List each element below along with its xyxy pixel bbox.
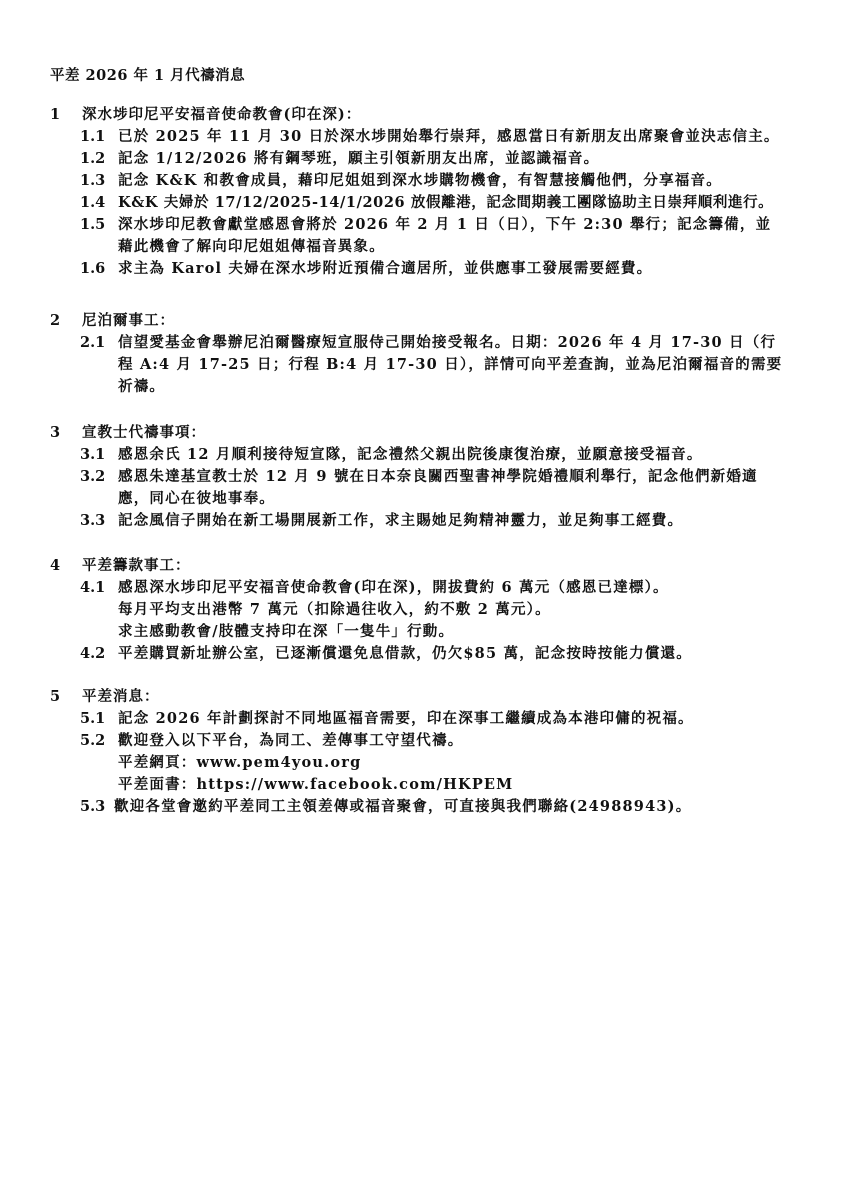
item-number: 1.3 [80,170,118,192]
item-number: 5.3 [80,796,114,818]
item-number: 5.1 [80,708,118,730]
item-text: 記念 K&K 和教會成員，藉印尼姐姐到深水埗購物機會，有智慧接觸他們，分享福音。 [118,170,810,192]
section-1: 1 深水埗印尼平安福音使命教會(印在深)： 1.1 已於 2025 年 11 月… [50,104,810,280]
list-item-4-1: 4.1 感恩深水埗印尼平安福音使命教會(印在深)，開拔費約 6 萬元（感恩已達標… [50,577,810,643]
list-item-1-5: 1.5 深水埗印尼教會獻堂感恩會將於 2026 年 2 月 1 日（日），下午 … [50,214,810,258]
list-item-1-1: 1.1 已於 2025 年 11 月 30 日於深水埗開始舉行崇拜，感恩當日有新… [50,126,810,148]
item-number: 1.2 [80,148,118,170]
item-text: 求主為 Karol 夫婦在深水埗附近預備合適居所，並供應事工發展需要經費。 [118,258,810,280]
item-text: 深水埗印尼教會獻堂感恩會將於 2026 年 2 月 1 日（日），下午 2:30… [118,214,810,236]
item-number: 1.6 [80,258,118,280]
item-text-continued: 藉此機會了解向印尼姐姐傳福音異象。 [118,236,810,258]
list-item-1-4: 1.4 K&K 夫婦於 17/12/2025-14/1/2026 放假離港，記念… [50,192,810,214]
section-heading: 5 平差消息： [50,686,810,708]
section-heading: 4 平差籌款事工： [50,555,810,577]
list-item-3-2: 3.2 感恩朱達基宣教士於 12 月 9 號在日本奈良關西聖書神學院婚禮順利舉行… [50,466,810,510]
item-number: 4.1 [80,577,118,643]
item-text: 信望愛基金會舉辦尼泊爾醫療短宣服侍己開始接受報名。日期：2026 年 4 月 1… [118,332,810,354]
item-text: 感恩余氏 12 月順利接待短宣隊，記念禮然父親出院後康復治療，並願意接受福音。 [118,444,810,466]
list-item-4-2: 4.2 平差購買新址辦公室，已逐漸償還免息借款，仍欠$85 萬，記念按時按能力償… [50,643,810,665]
item-text: 歡迎各堂會邀約平差同工主領差傳或福音聚會，可直接與我們聯絡(24988943)。 [114,796,810,818]
document-title: 平差 2026 年 1 月代禱消息 [50,66,245,86]
document-page: 平差 2026 年 1 月代禱消息 1 深水埗印尼平安福音使命教會(印在深)： … [0,0,848,1200]
item-number: 1.4 [80,192,118,214]
section-heading: 3 宣教士代禱事項： [50,422,810,444]
item-text: 記念 1/12/2026 將有鋼琴班，願主引領新朋友出席，並認識福音。 [118,148,810,170]
section-number: 4 [50,555,82,577]
item-text: 平差購買新址辦公室，已逐漸償還免息借款，仍欠$85 萬，記念按時按能力償還。 [118,643,810,665]
section-number: 2 [50,310,82,332]
list-item-3-1: 3.1 感恩余氏 12 月順利接待短宣隊，記念禮然父親出院後康復治療，並願意接受… [50,444,810,466]
item-number: 5.2 [80,730,118,796]
item-text-continued: 程 A:4 月 17-25 日；行程 B:4 月 17-30 日），詳情可向平差… [118,354,810,376]
list-item-2-1: 2.1 信望愛基金會舉辦尼泊爾醫療短宣服侍己開始接受報名。日期：2026 年 4… [50,332,810,398]
section-number: 3 [50,422,82,444]
item-text: 歡迎登入以下平台，為同工、差傳事工守望代禱。 [118,730,810,752]
list-item-1-2: 1.2 記念 1/12/2026 將有鋼琴班，願主引領新朋友出席，並認識福音。 [50,148,810,170]
list-item-5-3: 5.3 歡迎各堂會邀約平差同工主領差傳或福音聚會，可直接與我們聯絡(249889… [50,796,810,818]
section-title: 深水埗印尼平安福音使命教會(印在深)： [82,104,361,126]
section-5: 5 平差消息： 5.1 記念 2026 年計劃探討不同地區福音需要，印在深事工繼… [50,686,810,818]
item-number: 3.3 [80,510,118,532]
item-number: 1.1 [80,126,118,148]
item-text: 記念 2026 年計劃探討不同地區福音需要，印在深事工繼續成為本港印傭的祝福。 [118,708,810,730]
section-3: 3 宣教士代禱事項： 3.1 感恩余氏 12 月順利接待短宣隊，記念禮然父親出院… [50,422,810,532]
list-item-5-2: 5.2 歡迎登入以下平台，為同工、差傳事工守望代禱。 平差網頁：www.pem4… [50,730,810,796]
item-text-continued: 應，同心在彼地事奉。 [118,488,810,510]
item-text: 記念風信子開始在新工場開展新工作，求主賜她足夠精神靈力，並足夠事工經費。 [118,510,810,532]
section-title: 宣教士代禱事項： [82,422,206,444]
section-heading: 2 尼泊爾事工： [50,310,810,332]
item-text: K&K 夫婦於 17/12/2025-14/1/2026 放假離港，記念間期義工… [118,192,810,214]
item-number: 2.1 [80,332,118,398]
list-item-1-6: 1.6 求主為 Karol 夫婦在深水埗附近預備合適居所，並供應事工發展需要經費… [50,258,810,280]
section-number: 1 [50,104,82,126]
list-item-3-3: 3.3 記念風信子開始在新工場開展新工作，求主賜她足夠精神靈力，並足夠事工經費。 [50,510,810,532]
facebook-link[interactable]: 平差面書：https://www.facebook.com/HKPEM [118,774,810,796]
item-text: 感恩朱達基宣教士於 12 月 9 號在日本奈良關西聖書神學院婚禮順利舉行，記念他… [118,466,810,488]
website-link[interactable]: 平差網頁：www.pem4you.org [118,752,810,774]
section-number: 5 [50,686,82,708]
item-text: 已於 2025 年 11 月 30 日於深水埗開始舉行崇拜，感恩當日有新朋友出席… [118,126,810,148]
item-text-continued: 祈禱。 [118,376,810,398]
section-title: 尼泊爾事工： [82,310,175,332]
item-text-continued: 每月平均支出港幣 7 萬元（扣除過往收入，約不敷 2 萬元）。 [118,599,810,621]
item-number: 3.1 [80,444,118,466]
section-title: 平差籌款事工： [82,555,191,577]
list-item-1-3: 1.3 記念 K&K 和教會成員，藉印尼姐姐到深水埗購物機會，有智慧接觸他們，分… [50,170,810,192]
section-heading: 1 深水埗印尼平安福音使命教會(印在深)： [50,104,810,126]
item-number: 1.5 [80,214,118,258]
item-number: 4.2 [80,643,118,665]
section-2: 2 尼泊爾事工： 2.1 信望愛基金會舉辦尼泊爾醫療短宣服侍己開始接受報名。日期… [50,310,810,398]
item-text: 感恩深水埗印尼平安福音使命教會(印在深)，開拔費約 6 萬元（感恩已達標）。 [118,577,810,599]
list-item-5-1: 5.1 記念 2026 年計劃探討不同地區福音需要，印在深事工繼續成為本港印傭的… [50,708,810,730]
section-4: 4 平差籌款事工： 4.1 感恩深水埗印尼平安福音使命教會(印在深)，開拔費約 … [50,555,810,665]
item-text-continued: 求主感動教會/肢體支持印在深「一隻牛」行動。 [118,621,810,643]
section-title: 平差消息： [82,686,160,708]
item-number: 3.2 [80,466,118,510]
